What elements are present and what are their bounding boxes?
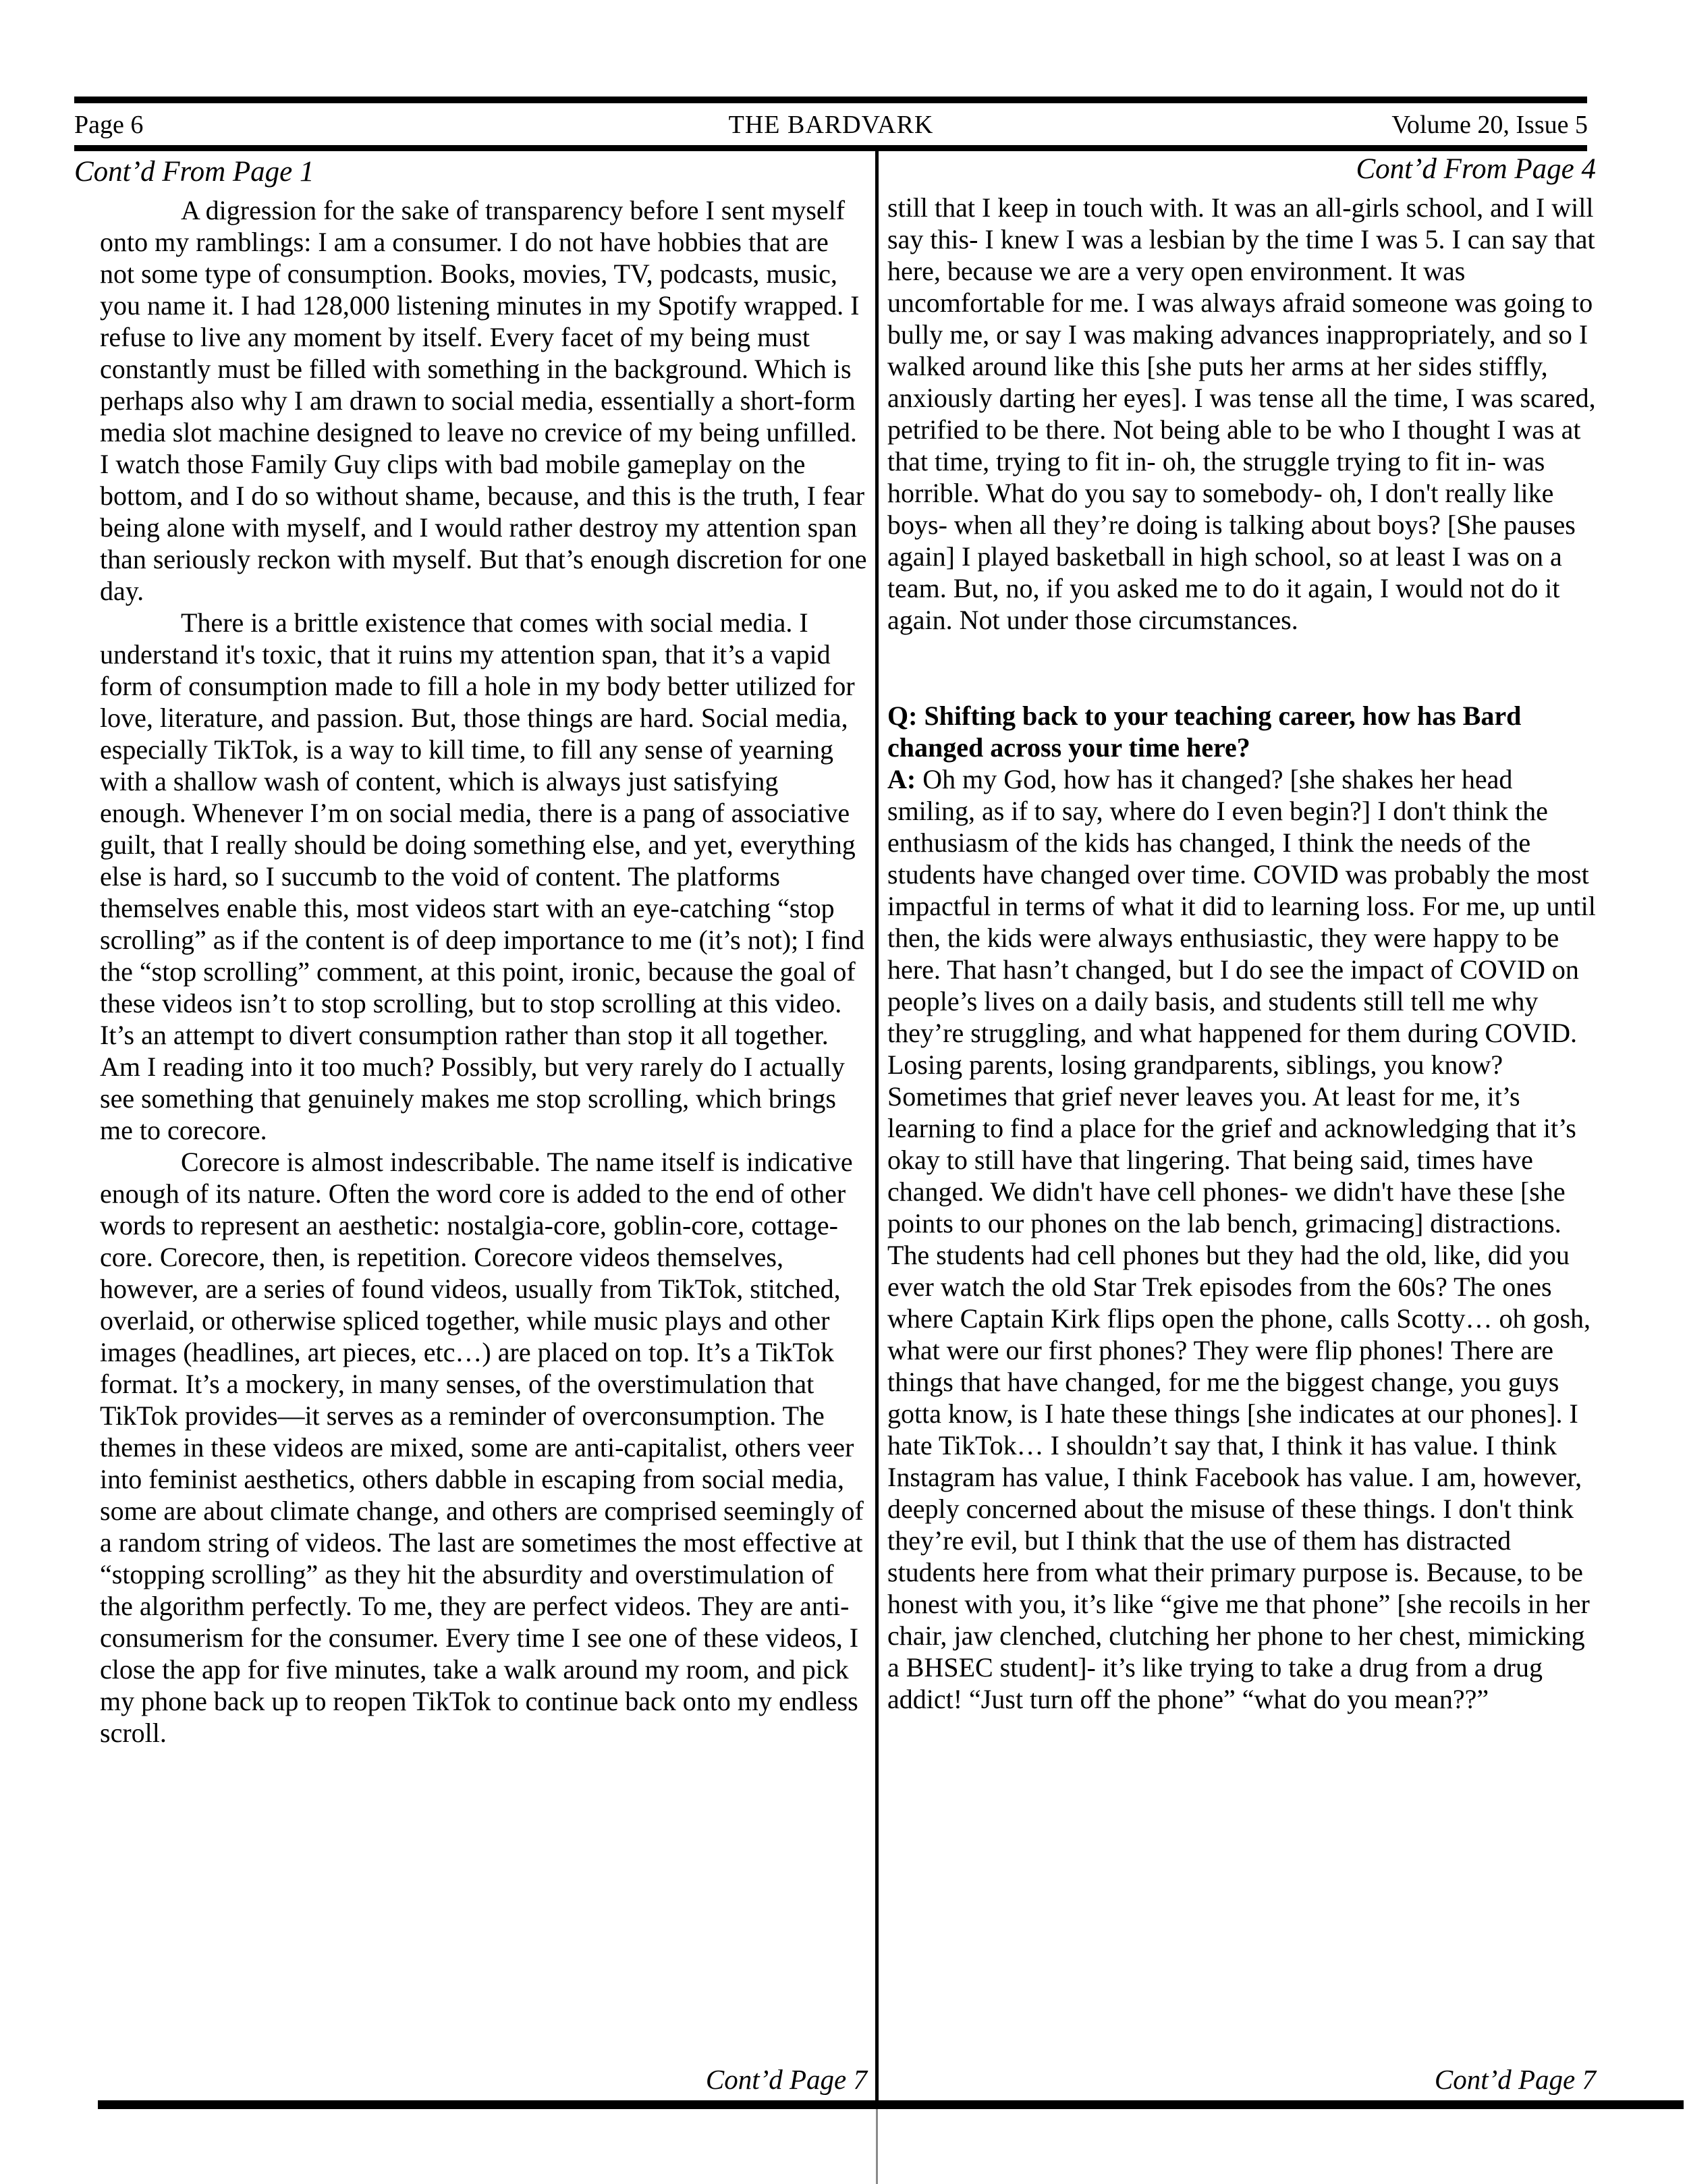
left-paragraph-2: There is a brittle existence that comes … <box>100 607 867 1146</box>
left-column: Cont’d From Page 1 A digression for the … <box>74 155 867 2096</box>
right-column: Cont’d From Page 4 still that I keep in … <box>887 153 1596 2096</box>
answer-line: A: Oh my God, how has it changed? [she s… <box>887 763 1596 1715</box>
right-column-body: still that I keep in touch with. It was … <box>887 192 1596 1715</box>
column-divider <box>875 148 879 2108</box>
contd-page-7-left: Cont’d Page 7 <box>74 2059 867 2096</box>
right-paragraph-1: still that I keep in touch with. It was … <box>887 192 1596 636</box>
bottom-rule <box>98 2100 1684 2109</box>
left-paragraph-1: A digression for the sake of transparenc… <box>100 194 867 607</box>
answer-prefix: A: <box>887 764 916 794</box>
contd-from-page-1: Cont’d From Page 1 <box>74 155 867 189</box>
contd-from-page-4: Cont’d From Page 4 <box>887 153 1596 186</box>
column-divider-lower <box>876 2108 878 2184</box>
top-rule <box>74 97 1587 103</box>
left-paragraph-3: Corecore is almost indescribable. The na… <box>100 1146 867 1749</box>
masthead-rule <box>74 145 1587 151</box>
question-text: Shifting back to your teaching career, h… <box>887 701 1521 763</box>
question-prefix: Q: <box>887 701 917 731</box>
masthead: Page 6 THE BARDVARK Volume 20, Issue 5 <box>74 107 1588 143</box>
contd-page-7-right: Cont’d Page 7 <box>887 2059 1596 2096</box>
paper-title: THE BARDVARK <box>74 107 1588 143</box>
left-column-body: A digression for the sake of transparenc… <box>100 194 867 1749</box>
answer-text: Oh my God, how has it changed? [she shak… <box>887 764 1596 1714</box>
newspaper-page: Page 6 THE BARDVARK Volume 20, Issue 5 C… <box>0 0 1687 2184</box>
question-line: Q: Shifting back to your teaching career… <box>887 700 1596 763</box>
